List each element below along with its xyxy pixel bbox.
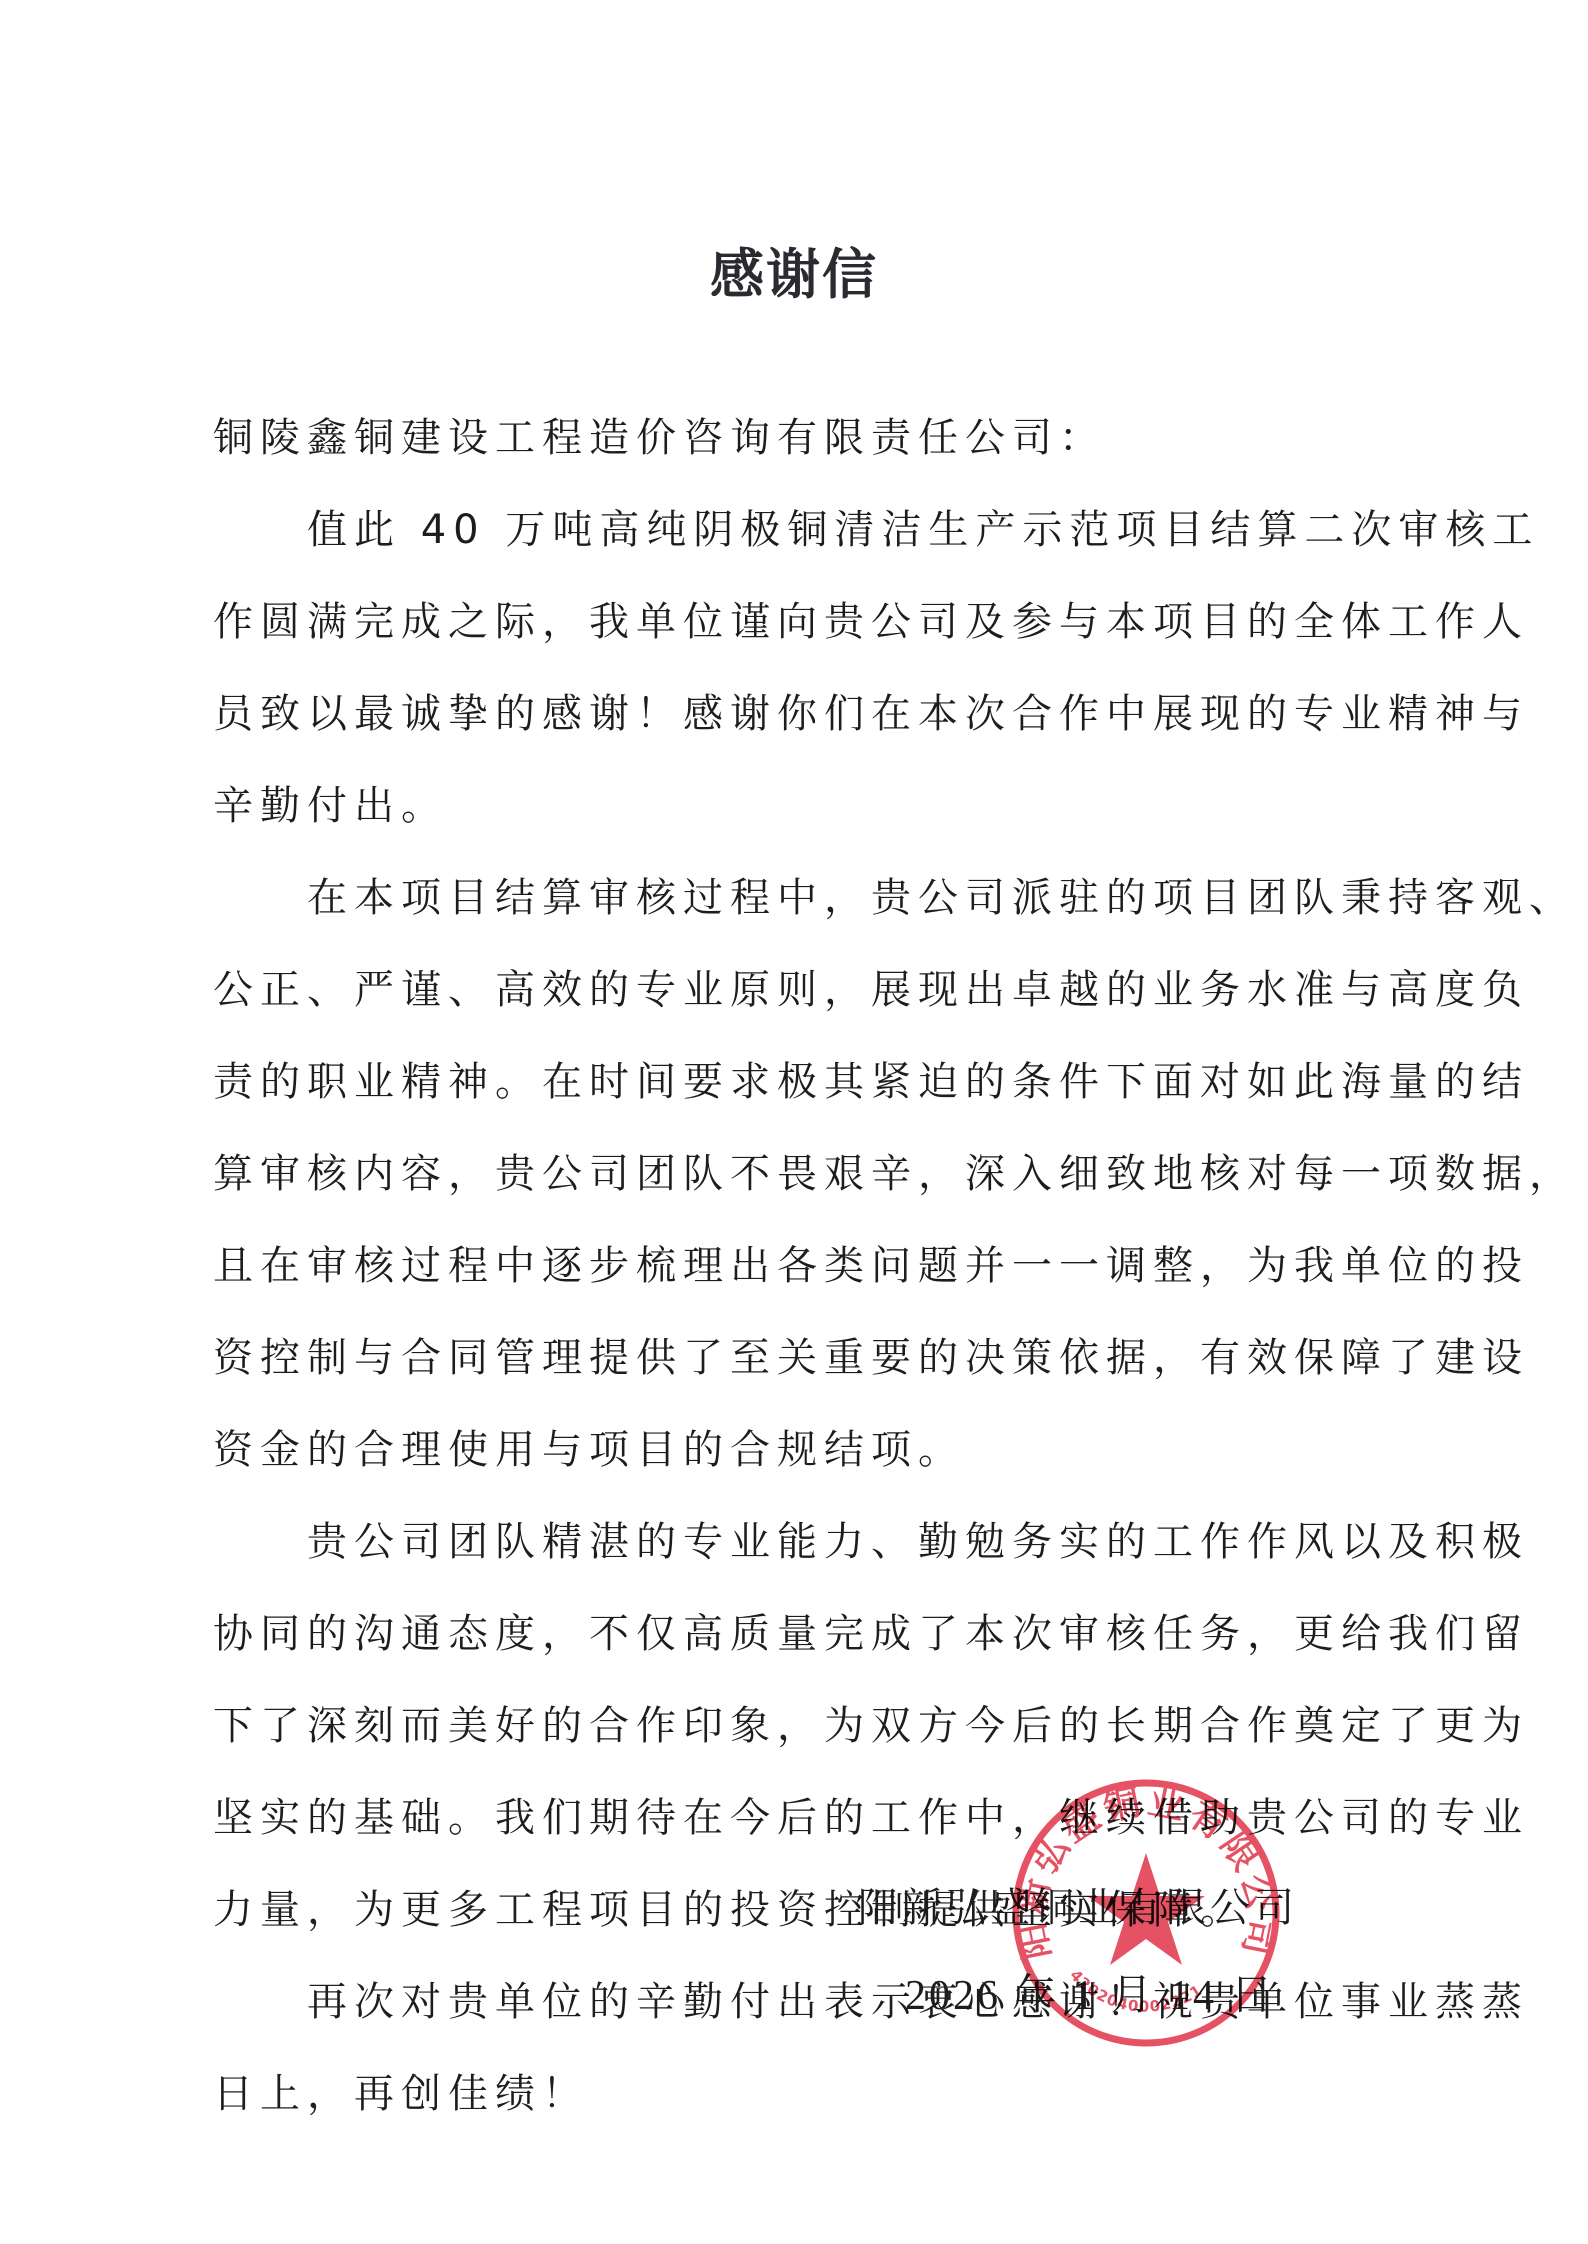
paragraph-line: 坚实的基础。我们期待在今后的工作中，继续借助贵公司的专业 [213,1772,1413,1864]
letter-page: 感谢信 铜陵鑫铜建设工程造价咨询有限责任公司： 值此 40 万吨高纯阴极铜清洁生… [0,0,1588,2244]
paragraph-2: 在本项目结算审核过程中，贵公司派驻的项目团队秉持客观、 公正、严谨、高效的专业原… [213,852,1413,1496]
salutation: 铜陵鑫铜建设工程造价咨询有限责任公司： [213,392,1413,484]
paragraph-line: 辛勤付出。 [213,760,1413,852]
paragraph-line: 且在审核过程中逐步梳理出各类问题并一一调整，为我单位的投 [213,1220,1413,1312]
paragraph-line: 下了深刻而美好的合作印象，为双方今后的长期合作奠定了更为 [213,1680,1413,1772]
letter-title: 感谢信 [0,232,1588,309]
signature-organization: 阳新弘盛铜业有限公司 [858,1876,1298,1933]
paragraph-line: 贵公司团队精湛的专业能力、勤勉务实的工作作风以及积极 [213,1496,1413,1588]
paragraph-line: 员致以最诚挚的感谢！感谢你们在本次合作中展现的专业精神与 [213,668,1413,760]
paragraph-line: 资金的合理使用与项目的合规结项。 [213,1404,1413,1496]
paragraph-line: 在本项目结算审核过程中，贵公司派驻的项目团队秉持客观、 [213,852,1413,944]
paragraph-line: 责的职业精神。在时间要求极其紧迫的条件下面对如此海量的结 [213,1036,1413,1128]
paragraph-line: 协同的沟通态度，不仅高质量完成了本次审核任务，更给我们留 [213,1588,1413,1680]
paragraph-line: 日上，再创佳绩！ [213,2048,1413,2140]
paragraph-1: 值此 40 万吨高纯阴极铜清洁生产示范项目结算二次审核工 作圆满完成之际，我单位… [213,484,1413,852]
paragraph-line: 公正、严谨、高效的专业原则，展现出卓越的业务水准与高度负 [213,944,1413,1036]
paragraph-line: 作圆满完成之际，我单位谨向贵公司及参与本项目的全体工作人 [213,576,1413,668]
paragraph-line: 资控制与合同管理提供了至关重要的决策依据，有效保障了建设 [213,1312,1413,1404]
paragraph-line: 值此 40 万吨高纯阴极铜清洁生产示范项目结算二次审核工 [213,484,1413,576]
signature-date: 2026 年 1 月 14 日 [905,1962,1276,2022]
paragraph-line: 算审核内容，贵公司团队不畏艰辛，深入细致地核对每一项数据， [213,1128,1413,1220]
